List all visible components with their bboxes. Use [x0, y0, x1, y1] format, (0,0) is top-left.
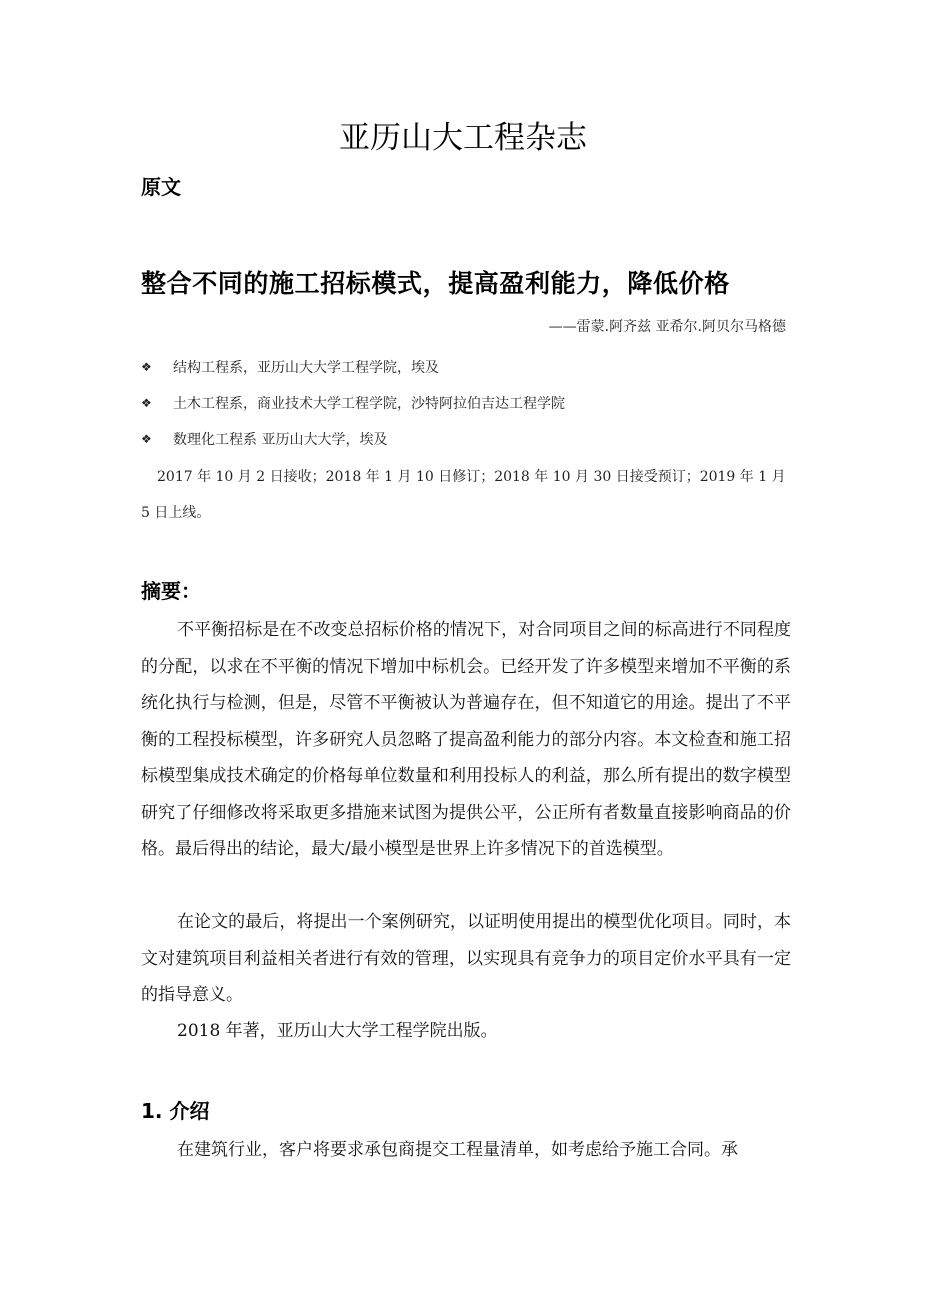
paper-title: 整合不同的施工招标模式，提高盈利能力，降低价格: [141, 264, 791, 304]
affiliation-text: 数理化工程系 亚历山大大学，埃及: [173, 429, 387, 449]
abstract-paragraph: 在论文的最后，将提出一个案例研究，以证明使用提出的模型优化项目。同时，本文对建筑…: [141, 904, 791, 1014]
diamond-bullet-icon: ❖: [141, 432, 173, 446]
abstract-paragraph: 不平衡招标是在不改变总招标价格的情况下，对合同项目之间的标高进行不同程度的分配，…: [141, 612, 791, 868]
diamond-bullet-icon: ❖: [141, 396, 173, 410]
affiliation-text: 土木工程系，商业技术大学工程学院，沙特阿拉伯吉达工程学院: [173, 393, 565, 413]
journal-title: 亚历山大工程杂志: [0, 114, 926, 162]
abstract-paragraph: 2018 年著，亚历山大大学工程学院出版。: [141, 1013, 791, 1050]
affiliation-item: ❖ 结构工程系，亚历山大大学工程学院，埃及: [141, 349, 791, 385]
affiliation-item: ❖ 土木工程系，商业技术大学工程学院，沙特阿拉伯吉达工程学院: [141, 385, 791, 421]
publication-dates: 2017 年 10 月 2 日接收；2018 年 1 月 10 日修订；2018…: [141, 459, 791, 531]
authors-line: ——雷蒙.阿齐兹 亚希尔.阿贝尔马格德: [549, 316, 786, 338]
affiliation-item: ❖ 数理化工程系 亚历山大大学，埃及: [141, 421, 791, 457]
abstract-heading: 摘要：: [141, 575, 201, 604]
introduction-paragraph: 在建筑行业，客户将要求承包商提交工程量清单，如考虑给予施工合同。承: [141, 1132, 791, 1169]
introduction-heading: 1. 介绍: [141, 1095, 209, 1124]
affiliations-list: ❖ 结构工程系，亚历山大大学工程学院，埃及 ❖ 土木工程系，商业技术大学工程学院…: [141, 349, 791, 457]
original-text-label: 原文: [141, 171, 181, 200]
diamond-bullet-icon: ❖: [141, 360, 173, 374]
document-page: 亚历山大工程杂志 原文 整合不同的施工招标模式，提高盈利能力，降低价格 ——雷蒙…: [0, 0, 926, 1309]
affiliation-text: 结构工程系，亚历山大大学工程学院，埃及: [173, 357, 439, 377]
